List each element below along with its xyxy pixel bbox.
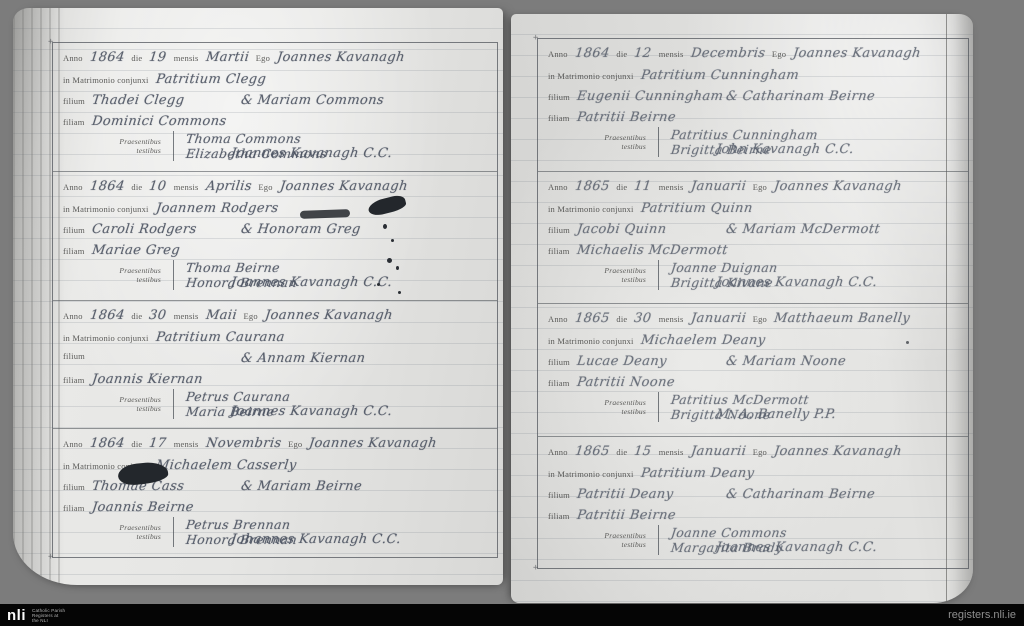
label-die: die bbox=[616, 49, 627, 59]
handwritten-witness-1: Petrus Brennan bbox=[185, 517, 298, 532]
handwritten-month: Januarii bbox=[690, 311, 747, 326]
handwritten-groom: Patritium Clegg bbox=[155, 72, 267, 87]
handwritten-bride-father: Michaelis McDermott bbox=[576, 243, 729, 258]
handwritten-year: 1864 bbox=[89, 308, 126, 323]
handwritten-bride-father: Patritii Beirne bbox=[576, 110, 677, 125]
handwritten-bride: & Catharinam Beirne bbox=[725, 487, 876, 502]
entry-line-date: Anno 1865 die 15 mensis Januarii Ego Joa… bbox=[548, 444, 962, 459]
handwritten-witness-1: Joanne Commons bbox=[670, 525, 788, 540]
label-praesentibus-testibus: Praesentibus testibus bbox=[103, 137, 161, 155]
handwritten-year: 1865 bbox=[574, 311, 611, 326]
label-filium: filium bbox=[548, 490, 570, 500]
entry-line-groom-father: filium Lucae Deany & Mariam Noone bbox=[548, 354, 962, 369]
label-praesentibus-testibus: Praesentibus testibus bbox=[103, 523, 161, 541]
label-filium: filium bbox=[548, 225, 570, 235]
entry-line-groom-father: filium Jacobi Quinn & Mariam McDermott bbox=[548, 222, 962, 237]
site-url: registers.nli.ie bbox=[948, 609, 1016, 621]
handwritten-witness-1: Joanne Duignan bbox=[670, 260, 779, 275]
handwritten-groom: Patritium Deany bbox=[640, 466, 755, 481]
entry-line-date: Anno 1865 die 11 mensis Januarii Ego Joa… bbox=[548, 179, 962, 194]
entry-line-groom-father: filium Patritii Deany & Catharinam Beirn… bbox=[548, 487, 962, 502]
handwritten-witness-1: Petrus Caurana bbox=[185, 389, 291, 404]
handwritten-groom-father: Lucae Deany bbox=[576, 354, 668, 369]
handwritten-priest-signature: Joannes Kavanagh C.C. bbox=[715, 540, 878, 555]
handwritten-groom-father: Eugenii Cunningham bbox=[576, 89, 724, 104]
register-entry: Anno 1864 die 12 mensis Decembris Ego Jo… bbox=[538, 39, 968, 172]
label-filium: filium bbox=[63, 482, 85, 492]
label-filiam: filiam bbox=[548, 246, 570, 256]
handwritten-groom: Patritium Quinn bbox=[640, 201, 754, 216]
register-entry: Anno 1865 die 11 mensis Januarii Ego Joa… bbox=[538, 172, 968, 305]
handwritten-priest: Joannes Kavanagh bbox=[279, 179, 409, 194]
handwritten-month: Januarii bbox=[690, 444, 747, 459]
handwritten-bride: & Mariam McDermott bbox=[725, 222, 881, 237]
label-mensis: mensis bbox=[659, 182, 684, 192]
entry-line-bride-father: filiam Joannis Beirne bbox=[63, 500, 491, 515]
handwritten-witness-1: Thoma Beirne bbox=[185, 260, 298, 275]
register-entry: Anno 1864 die 17 mensis Novembris Ego Jo… bbox=[53, 429, 497, 557]
handwritten-groom: Michaelem Casserly bbox=[155, 458, 297, 473]
handwritten-groom-father: Thadei Clegg bbox=[91, 93, 185, 108]
handwritten-bride: & Annam Kiernan bbox=[240, 351, 366, 366]
witness-brace-rule bbox=[658, 392, 659, 422]
handwritten-month: Martii bbox=[205, 50, 250, 65]
entry-line-groom: in Matrimonio conjunxi Patritium Clegg bbox=[63, 72, 491, 87]
handwritten-priest: Joannes Kavanagh bbox=[773, 179, 903, 194]
handwritten-witness-1: Patritius McDermott bbox=[670, 392, 810, 407]
handwritten-year: 1865 bbox=[574, 179, 611, 194]
label-anno: Anno bbox=[63, 439, 83, 449]
handwritten-day: 17 bbox=[148, 436, 167, 451]
label-ego: Ego bbox=[258, 182, 272, 192]
handwritten-groom-father: Thomae Cass bbox=[91, 479, 185, 494]
handwritten-year: 1864 bbox=[89, 50, 126, 65]
witness-brace-rule bbox=[173, 389, 174, 419]
handwritten-groom: Joannem Rodgers bbox=[155, 201, 279, 216]
handwritten-year: 1865 bbox=[574, 444, 611, 459]
label-filium: filium bbox=[548, 357, 570, 367]
handwritten-priest-signature: M. A. Banelly P.P. bbox=[715, 407, 837, 422]
entry-line-bride-father: filiam Michaelis McDermott bbox=[548, 243, 962, 258]
handwritten-priest-signature: Joannes Kavanagh C.C. bbox=[715, 275, 878, 290]
handwritten-groom-father: Caroli Rodgers bbox=[91, 222, 197, 237]
handwritten-bride: & Mariam Beirne bbox=[240, 479, 363, 494]
label-die: die bbox=[616, 314, 627, 324]
handwritten-witness-1: Patritius Cunningham bbox=[670, 127, 819, 142]
handwritten-month: Decembris bbox=[690, 46, 766, 61]
register-entry: Anno 1864 die 30 mensis Maii Ego Joannes… bbox=[53, 301, 497, 430]
witness-brace-rule bbox=[173, 131, 174, 161]
label-anno: Anno bbox=[63, 53, 83, 63]
register-entry: Anno 1864 die 19 mensis Martii Ego Joann… bbox=[53, 43, 497, 172]
handwritten-priest: Joannes Kavanagh bbox=[792, 46, 922, 61]
label-praesentibus-testibus: Praesentibus testibus bbox=[588, 266, 646, 284]
handwritten-groom: Patritium Cunningham bbox=[640, 68, 800, 83]
handwritten-bride-father: Patritii Beirne bbox=[576, 508, 677, 523]
register-entry: Anno 1864 die 10 mensis Aprilis Ego Joan… bbox=[53, 172, 497, 301]
handwritten-day: 15 bbox=[633, 444, 652, 459]
handwritten-priest: Joannes Kavanagh bbox=[308, 436, 438, 451]
entry-line-groom-father: filium Thadei Clegg & Mariam Commons bbox=[63, 93, 491, 108]
handwritten-day: 19 bbox=[148, 50, 167, 65]
entry-line-groom: in Matrimonio conjunxi Michaelem Casserl… bbox=[63, 458, 491, 473]
label-anno: Anno bbox=[548, 314, 568, 324]
label-mensis: mensis bbox=[174, 311, 199, 321]
handwritten-year: 1864 bbox=[89, 436, 126, 451]
handwritten-bride-father: Dominici Commons bbox=[91, 114, 227, 129]
handwritten-priest: Joannes Kavanagh bbox=[264, 308, 394, 323]
handwritten-bride-father: Mariae Greg bbox=[91, 243, 181, 258]
label-conjunxi: in Matrimonio conjunxi bbox=[63, 461, 149, 471]
label-mensis: mensis bbox=[174, 53, 199, 63]
label-praesentibus-testibus: Praesentibus testibus bbox=[588, 531, 646, 549]
witness-brace-rule bbox=[658, 525, 659, 555]
entry-line-bride-father: filiam Mariae Greg bbox=[63, 243, 491, 258]
label-filiam: filiam bbox=[548, 378, 570, 388]
label-anno: Anno bbox=[548, 182, 568, 192]
label-conjunxi: in Matrimonio conjunxi bbox=[548, 469, 634, 479]
witness-brace-rule bbox=[173, 517, 174, 547]
nli-logo: nli Catholic Parish Registers at the NLI bbox=[7, 608, 65, 623]
entry-line-groom: in Matrimonio conjunxi Patritium Deany bbox=[548, 466, 962, 481]
entry-line-date: Anno 1865 die 30 mensis Januarii Ego Mat… bbox=[548, 311, 962, 326]
entries-box: Anno 1864 die 12 mensis Decembris Ego Jo… bbox=[537, 38, 969, 569]
handwritten-priest: Joannes Kavanagh bbox=[276, 50, 406, 65]
entry-line-groom-father: filium Caroli Rodgers & Honoram Greg bbox=[63, 222, 491, 237]
handwritten-groom: Michaelem Deany bbox=[640, 333, 766, 348]
label-conjunxi: in Matrimonio conjunxi bbox=[548, 336, 634, 346]
label-praesentibus-testibus: Praesentibus testibus bbox=[588, 133, 646, 151]
label-praesentibus-testibus: Praesentibus testibus bbox=[103, 395, 161, 413]
entry-line-bride-father: filiam Dominici Commons bbox=[63, 114, 491, 129]
entry-line-groom-father: filium Eugenii Cunningham & Catharinam B… bbox=[548, 89, 962, 104]
entry-line-groom: in Matrimonio conjunxi Patritium Cunning… bbox=[548, 68, 962, 83]
label-ego: Ego bbox=[753, 314, 767, 324]
footer-bar: nli Catholic Parish Registers at the NLI… bbox=[0, 604, 1024, 626]
handwritten-groom-father: Patritii Deany bbox=[576, 487, 674, 502]
label-anno: Anno bbox=[548, 447, 568, 457]
label-filium: filium bbox=[63, 96, 85, 106]
witness-brace-rule bbox=[658, 127, 659, 157]
handwritten-month: Aprilis bbox=[205, 179, 253, 194]
label-die: die bbox=[131, 439, 142, 449]
handwritten-day: 12 bbox=[633, 46, 652, 61]
label-mensis: mensis bbox=[659, 49, 684, 59]
handwritten-priest: Joannes Kavanagh bbox=[773, 444, 903, 459]
label-filiam: filiam bbox=[63, 117, 85, 127]
entries-box: Anno 1864 die 19 mensis Martii Ego Joann… bbox=[52, 42, 498, 558]
label-anno: Anno bbox=[548, 49, 568, 59]
entry-line-date: Anno 1864 die 17 mensis Novembris Ego Jo… bbox=[63, 436, 491, 451]
label-filiam: filiam bbox=[548, 511, 570, 521]
entry-line-bride-father: filiam Joannis Kiernan bbox=[63, 372, 491, 387]
handwritten-bride: & Catharinam Beirne bbox=[725, 89, 876, 104]
handwritten-year: 1864 bbox=[89, 179, 126, 194]
nli-wordmark: nli bbox=[7, 608, 26, 623]
entry-line-groom: in Matrimonio conjunxi Joannem Rodgers bbox=[63, 201, 491, 216]
label-conjunxi: in Matrimonio conjunxi bbox=[63, 75, 149, 85]
entry-line-bride-father: filiam Patritii Beirne bbox=[548, 110, 962, 125]
handwritten-bride: & Honoram Greg bbox=[240, 222, 362, 237]
handwritten-priest-signature: Joannes Kavanagh C.C. bbox=[230, 275, 393, 290]
label-mensis: mensis bbox=[659, 314, 684, 324]
label-ego: Ego bbox=[753, 447, 767, 457]
label-die: die bbox=[131, 182, 142, 192]
entry-line-date: Anno 1864 die 12 mensis Decembris Ego Jo… bbox=[548, 46, 962, 61]
label-filiam: filiam bbox=[63, 503, 85, 513]
label-conjunxi: in Matrimonio conjunxi bbox=[548, 71, 634, 81]
label-ego: Ego bbox=[772, 49, 786, 59]
entry-line-groom-father: filium Thomae Cass & Mariam Beirne bbox=[63, 479, 491, 494]
label-mensis: mensis bbox=[174, 439, 199, 449]
handwritten-month: Januarii bbox=[690, 179, 747, 194]
label-ego: Ego bbox=[753, 182, 767, 192]
witness-brace-rule bbox=[658, 260, 659, 290]
handwritten-bride-father: Joannis Kiernan bbox=[91, 372, 204, 387]
label-die: die bbox=[131, 53, 142, 63]
handwritten-witness-1: Thoma Commons bbox=[185, 131, 328, 146]
label-conjunxi: in Matrimonio conjunxi bbox=[63, 333, 149, 343]
label-ego: Ego bbox=[244, 311, 258, 321]
label-ego: Ego bbox=[256, 53, 270, 63]
handwritten-bride-father: Joannis Beirne bbox=[91, 500, 195, 515]
label-die: die bbox=[131, 311, 142, 321]
label-ego: Ego bbox=[288, 439, 302, 449]
label-filiam: filiam bbox=[548, 113, 570, 123]
handwritten-month: Novembris bbox=[205, 436, 282, 451]
handwritten-year: 1864 bbox=[574, 46, 611, 61]
label-praesentibus-testibus: Praesentibus testibus bbox=[103, 266, 161, 284]
handwritten-month: Maii bbox=[205, 308, 238, 323]
handwritten-priest: Matthaeum Banelly bbox=[773, 311, 911, 326]
register-page-left: Anno 1864 die 19 mensis Martii Ego Joann… bbox=[13, 8, 503, 585]
entry-line-groom-father: filium & Annam Kiernan bbox=[63, 351, 491, 361]
handwritten-priest-signature: Johannes Kavanagh C.C. bbox=[230, 532, 402, 547]
label-praesentibus-testibus: Praesentibus testibus bbox=[588, 398, 646, 416]
label-anno: Anno bbox=[63, 311, 83, 321]
handwritten-priest-signature: John Kavanagh C.C. bbox=[715, 142, 855, 157]
handwritten-day: 30 bbox=[148, 308, 167, 323]
label-die: die bbox=[616, 182, 627, 192]
entry-line-date: Anno 1864 die 30 mensis Maii Ego Joannes… bbox=[63, 308, 491, 323]
label-conjunxi: in Matrimonio conjunxi bbox=[63, 204, 149, 214]
entry-line-bride-father: filiam Patritii Noone bbox=[548, 375, 962, 390]
entry-line-groom: in Matrimonio conjunxi Patritium Quinn bbox=[548, 201, 962, 216]
label-mensis: mensis bbox=[174, 182, 199, 192]
entry-line-groom: in Matrimonio conjunxi Michaelem Deany bbox=[548, 333, 962, 348]
entry-line-groom: in Matrimonio conjunxi Patritium Caurana bbox=[63, 330, 491, 345]
handwritten-bride: & Mariam Commons bbox=[240, 93, 385, 108]
handwritten-day: 10 bbox=[148, 179, 167, 194]
label-die: die bbox=[616, 447, 627, 457]
entry-line-date: Anno 1864 die 19 mensis Martii Ego Joann… bbox=[63, 50, 491, 65]
label-filiam: filiam bbox=[63, 375, 85, 385]
label-filium: filium bbox=[63, 351, 85, 361]
label-filiam: filiam bbox=[63, 246, 85, 256]
witness-brace-rule bbox=[173, 260, 174, 290]
handwritten-bride: & Mariam Noone bbox=[725, 354, 847, 369]
entry-line-date: Anno 1864 die 10 mensis Aprilis Ego Joan… bbox=[63, 179, 491, 194]
handwritten-priest-signature: Joannes Kavanagh C.C. bbox=[230, 404, 393, 419]
nli-logo-caption: Catholic Parish Registers at the NLI bbox=[32, 608, 65, 623]
register-entry: Anno 1865 die 15 mensis Januarii Ego Joa… bbox=[538, 437, 968, 569]
label-anno: Anno bbox=[63, 182, 83, 192]
entry-line-bride-father: filiam Patritii Beirne bbox=[548, 508, 962, 523]
label-mensis: mensis bbox=[659, 447, 684, 457]
register-page-right: Anno 1864 die 12 mensis Decembris Ego Jo… bbox=[511, 14, 973, 603]
label-filium: filium bbox=[548, 92, 570, 102]
label-filium: filium bbox=[63, 225, 85, 235]
handwritten-bride-father: Patritii Noone bbox=[576, 375, 676, 390]
handwritten-day: 30 bbox=[633, 311, 652, 326]
register-entry: Anno 1865 die 30 mensis Januarii Ego Mat… bbox=[538, 304, 968, 437]
handwritten-groom-father: Jacobi Quinn bbox=[576, 222, 667, 237]
handwritten-priest-signature: Joannes Kavanagh C.C. bbox=[230, 146, 393, 161]
label-conjunxi: in Matrimonio conjunxi bbox=[548, 204, 634, 214]
handwritten-groom: Patritium Caurana bbox=[155, 330, 286, 345]
handwritten-day: 11 bbox=[633, 179, 652, 194]
